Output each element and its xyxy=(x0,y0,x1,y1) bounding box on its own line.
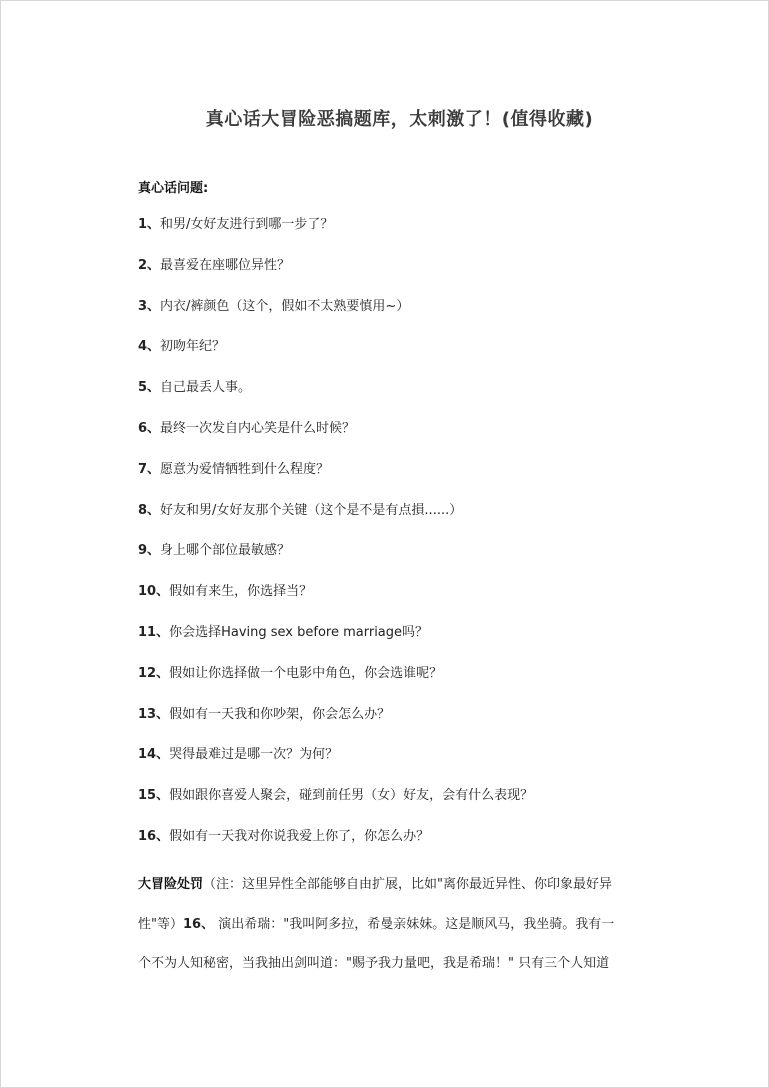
question-number: 16、 xyxy=(138,829,169,844)
dare-line-3: 个不为人知秘密，当我抽出剑叫道："赐予我力量吧，我是希瑞！" 只有三个人知道 xyxy=(138,944,638,984)
dare-note-end: 性"等） xyxy=(138,917,183,932)
question-text: 假如有来生，你选择当？ xyxy=(169,584,312,599)
question-number: 3、 xyxy=(138,299,160,314)
question-number: 12、 xyxy=(138,666,169,681)
truth-question-list: 1、和男/女好友进行到哪一步了？ 2、最喜爱在座哪位异性？ 3、内衣/裤颜色（这… xyxy=(138,215,533,868)
question-item: 12、假如让你选择做一个电影中角色，你会选谁呢？ xyxy=(138,664,533,705)
question-number: 1、 xyxy=(138,217,160,232)
question-item: 8、好友和男/女好友那个关键（这个是不是有点損......） xyxy=(138,501,533,542)
truth-section-heading: 真心话问题: xyxy=(138,177,208,196)
question-item: 3、内衣/裤颜色（这个，假如不太熟要慎用~） xyxy=(138,297,533,338)
question-item: 5、自己最丢人事。 xyxy=(138,378,533,419)
dare-section: 大冒险处罚（注：这里异性全部能够自由扩展，比如"离你最近异性、你印象最好异 性"… xyxy=(138,865,638,984)
question-item: 9、身上哪个部位最敏感？ xyxy=(138,541,533,582)
question-text: 假如有一天我和你吵架，你会怎么办？ xyxy=(169,707,390,722)
question-text: 假如让你选择做一个电影中角色，你会选谁呢？ xyxy=(169,666,442,681)
question-number: 11、 xyxy=(138,625,169,640)
dare-note: （注：这里异性全部能够自由扩展，比如"离你最近异性、你印象最好异 xyxy=(203,877,612,892)
question-number: 14、 xyxy=(138,747,169,762)
document-page: 真心话大冒险恶搞题库，太刺激了！(值得收藏) 真心话问题: 1、和男/女好友进行… xyxy=(0,0,769,1088)
question-item: 4、初吻年纪？ xyxy=(138,337,533,378)
document-title: 真心话大冒险恶搞题库，太刺激了！(值得收藏) xyxy=(1,105,769,131)
question-item: 1、和男/女好友进行到哪一步了？ xyxy=(138,215,533,256)
question-text: 和男/女好友进行到哪一步了？ xyxy=(160,217,333,232)
question-text: 哭得最难过是哪一次？为何？ xyxy=(169,747,338,762)
question-item: 16、假如有一天我对你说我爱上你了，你怎么办？ xyxy=(138,827,533,868)
question-item: 7、愿意为爱情牺牲到什么程度？ xyxy=(138,460,533,501)
question-item: 11、你会选择Having sex before marriage吗？ xyxy=(138,623,533,664)
question-number: 15、 xyxy=(138,788,169,803)
question-number: 5、 xyxy=(138,380,160,395)
dare-line-2: 性"等）16、 演出希瑞："我叫阿多拉，希曼亲妹妹。这是顺风马，我坐骑。我有一 xyxy=(138,905,638,945)
question-text: 身上哪个部位最敏感？ xyxy=(160,543,290,558)
dare-item-text: 演出希瑞："我叫阿多拉，希曼亲妹妹。这是顺风马，我坐骑。我有一 xyxy=(214,917,614,932)
question-number: 10、 xyxy=(138,584,169,599)
question-item: 6、最终一次发自内心笑是什么时候？ xyxy=(138,419,533,460)
question-item: 13、假如有一天我和你吵架，你会怎么办？ xyxy=(138,705,533,746)
question-number: 4、 xyxy=(138,339,160,354)
question-item: 15、假如跟你喜爱人聚会，碰到前任男（女）好友，会有什么表现？ xyxy=(138,786,533,827)
question-text: 内衣/裤颜色（这个，假如不太熟要慎用~） xyxy=(160,299,409,314)
question-text: 假如有一天我对你说我爱上你了，你怎么办？ xyxy=(169,829,429,844)
question-text: 愿意为爱情牺牲到什么程度？ xyxy=(160,462,329,477)
question-item: 10、假如有来生，你选择当？ xyxy=(138,582,533,623)
question-text: 自己最丢人事。 xyxy=(160,380,251,395)
question-item: 14、哭得最难过是哪一次？为何？ xyxy=(138,745,533,786)
dare-section-heading: 大冒险处罚 xyxy=(138,877,203,892)
question-text: 最喜爱在座哪位异性？ xyxy=(160,258,290,273)
dare-line-1: 大冒险处罚（注：这里异性全部能够自由扩展，比如"离你最近异性、你印象最好异 xyxy=(138,865,638,905)
question-number: 13、 xyxy=(138,707,169,722)
question-text: 好友和男/女好友那个关键（这个是不是有点損......） xyxy=(160,503,462,518)
question-number: 8、 xyxy=(138,503,160,518)
dare-item-text-cont: 个不为人知秘密，当我抽出剑叫道："赐予我力量吧，我是希瑞！" 只有三个人知道 xyxy=(138,956,609,971)
question-text: 最终一次发自内心笑是什么时候？ xyxy=(160,421,355,436)
question-number: 7、 xyxy=(138,462,160,477)
question-text: 假如跟你喜爱人聚会，碰到前任男（女）好友，会有什么表现？ xyxy=(169,788,533,803)
question-text: 你会选择Having sex before marriage吗？ xyxy=(169,625,428,640)
dare-item-number: 16、 xyxy=(183,917,214,932)
question-number: 6、 xyxy=(138,421,160,436)
question-number: 2、 xyxy=(138,258,160,273)
question-item: 2、最喜爱在座哪位异性？ xyxy=(138,256,533,297)
question-text: 初吻年纪？ xyxy=(160,339,225,354)
question-number: 9、 xyxy=(138,543,160,558)
